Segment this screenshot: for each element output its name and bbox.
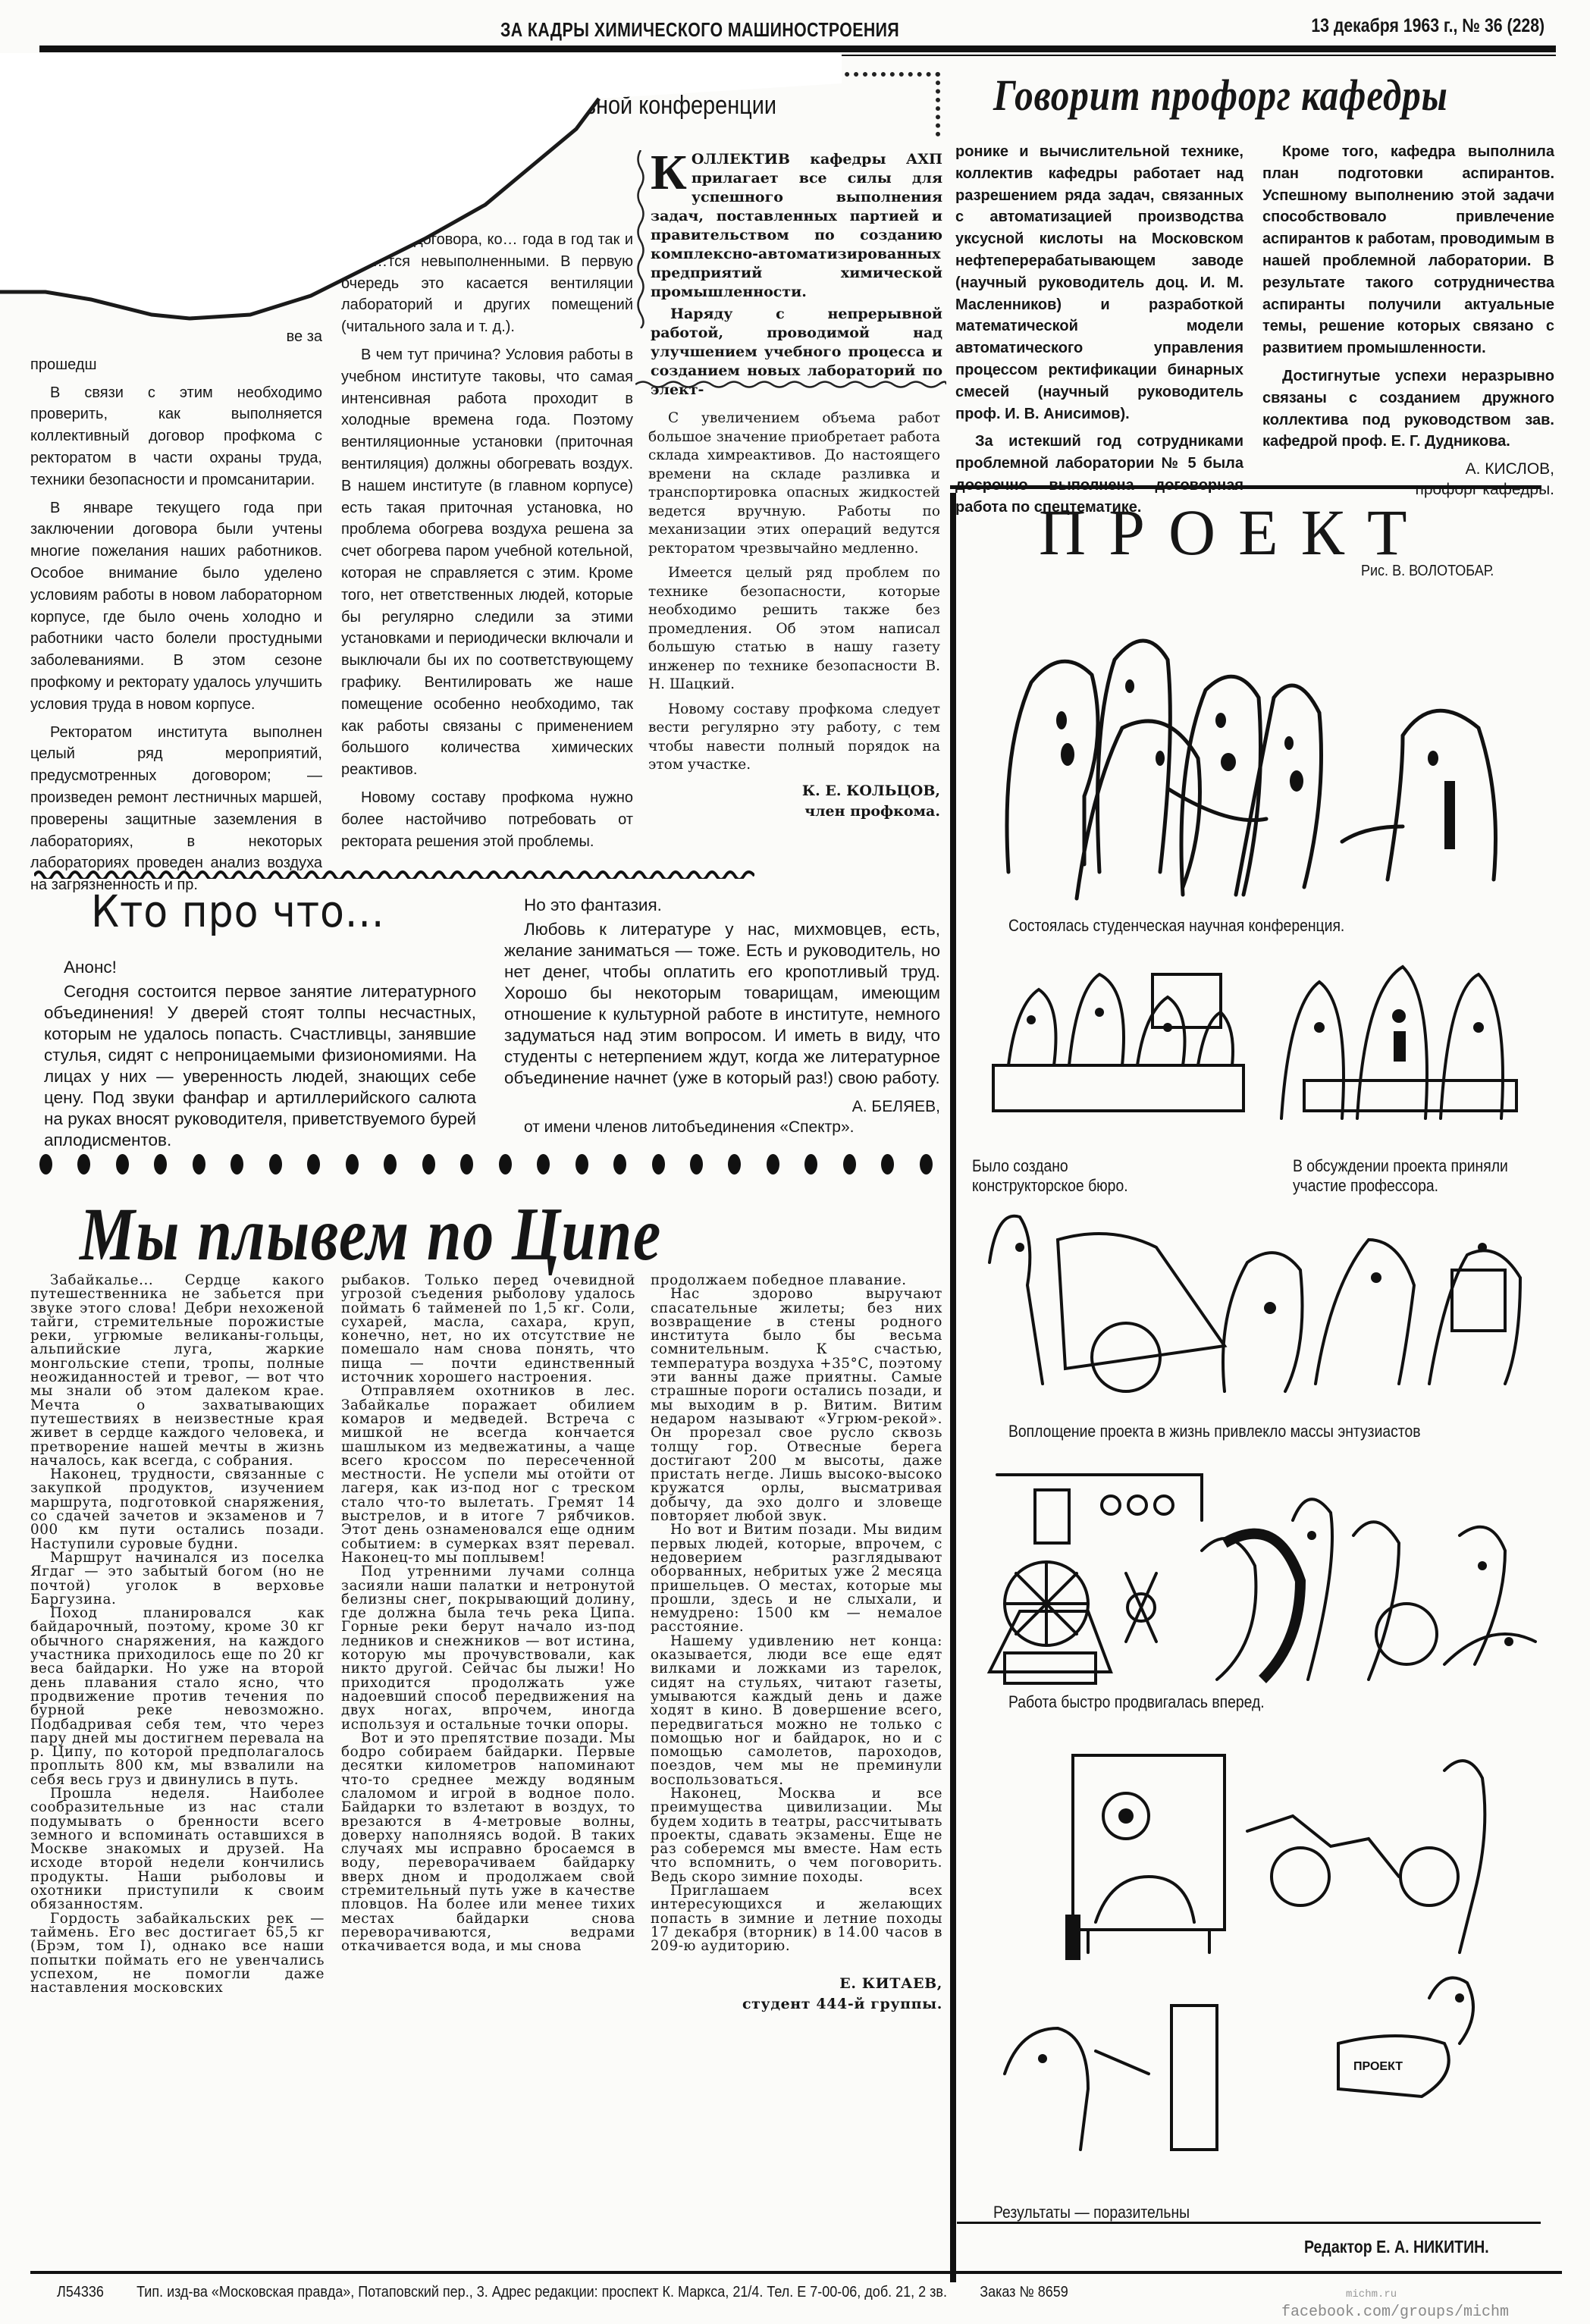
paragraph: Наконец, Москва и все преимущества цивил… [651, 1787, 942, 1884]
profkom-heading: Говорит профорг кафедры [993, 70, 1448, 121]
results-drawing-icon: ПРОЕКТ [974, 1725, 1539, 2172]
kto-column-right: Но это фантазия. Любовь к литературе у н… [504, 895, 940, 1137]
signature-role: член профкома. [648, 801, 940, 822]
profkom-column-1: ронике и вычислительной технике, коллект… [955, 141, 1243, 525]
paragraph: Нас здорово выручают спасательные жилеты… [651, 1287, 942, 1523]
caption-conference: Состоялась студенческая научная конферен… [1008, 916, 1344, 936]
paragraph: В январе текущего года при заключении до… [30, 497, 322, 716]
paragraph: С увеличением объема работ большое значе… [648, 409, 940, 558]
paragraph: Кроме того, кафедра выполнила план подго… [1262, 141, 1554, 359]
cartoon-panel-enthusiasts [974, 1194, 1539, 1414]
cartoon-panel-conference [978, 599, 1532, 906]
caption-work: Работа быстро продвигалась вперед. [1008, 1692, 1265, 1712]
section-rule [950, 485, 1541, 489]
editor-credit: Редактор Е. А. НИКИТИН. [1304, 2237, 1489, 2257]
masthead: ЗА КАДРЫ ХИМИЧЕСКОГО МАШИНОСТРОЕНИЯ 13 д… [30, 0, 1560, 59]
paragraph: Вот и это препятствие позади. Мы бодро с… [341, 1732, 635, 1954]
paragraph: В чем тут причина? Условия работы в учеб… [341, 344, 633, 781]
paragraph: Отправляем охотников в лес. Забайкалье п… [341, 1385, 635, 1565]
cipa-column-2: рыбаков. Только перед очевидной угрозой … [341, 1274, 635, 1954]
caption-results: Результаты — поразительны [993, 2203, 1190, 2222]
paragraph: Анонс! [44, 957, 476, 978]
signature-name: А. БЕЛЯЕВ, [504, 1096, 940, 1117]
signature-name: К. Е. КОЛЬЦОВ, [648, 781, 940, 801]
conference-column-left: ве за прошедш В связи с этим необходимо … [30, 326, 322, 902]
watermark-group: facebook.com/groups/michm [1281, 2304, 1509, 2321]
paragraph: Любовь к литературе у нас, михмовцев, ес… [504, 919, 940, 1089]
paragraph: Имеется целый ряд проблем по технике без… [648, 564, 940, 695]
signature-role: студент 444-й группы. [651, 1994, 942, 2015]
paragraph: Достигнутые успехи неразрывно связаны с … [1262, 365, 1554, 453]
footer: Л54336 Тип. изд-ва «Московская правда», … [57, 2284, 1394, 2301]
cipa-column-3: продолжаем победное плавание. Нас здоров… [651, 1274, 942, 2015]
paragraph: Новому составу профкома нужно более наст… [341, 787, 633, 852]
wavy-divider [635, 379, 946, 390]
signature-name: А. КИСЛОВ, [1262, 459, 1554, 479]
paragraph: Приглашаем всех интересующихся и желающи… [651, 1884, 942, 1953]
cartoon-title: ПРОЕКТ [1039, 494, 1430, 570]
kto-heading: Кто про что... [91, 886, 384, 937]
design-bureau-drawing-icon [978, 944, 1539, 1149]
paragraph: Но вот и Витим позади. Мы видим первых л… [651, 1523, 942, 1634]
footer-order: Заказ № 8659 [980, 2284, 1068, 2301]
paragraph: Нашему удивлению нет конца: оказывается,… [651, 1635, 942, 1787]
cartoon-panel-bureau [978, 944, 1539, 1149]
masthead-rule [39, 45, 1556, 52]
caption-bureau: Было создано конструкторское бюро. [972, 1156, 1165, 1196]
caption-enthusiasts: Воплощение проекта в жизнь привлекло мас… [1008, 1422, 1421, 1441]
kto-column-left: Анонс! Сегодня состоится первое занятие … [44, 957, 476, 1154]
cipa-column-1: Забайкалье... Сердце какого путешественн… [30, 1274, 325, 1995]
workshop-drawing-icon [974, 1452, 1539, 1691]
signature: Е. КИТАЕВ, студент 444-й группы. [651, 1974, 942, 2015]
conference-column-right: С увеличением объема работ большое значе… [648, 409, 940, 822]
paragraph: Маршрут начинался из поселка Ягдаг — это… [30, 1551, 325, 1607]
zigzag-divider [34, 868, 754, 879]
paragraph: Прошла неделя. Наиболее сообразительные … [30, 1787, 325, 1912]
dotted-divider [39, 1149, 933, 1179]
paragraph: Сегодня состоится первое занятие литерат… [44, 981, 476, 1151]
enthusiasts-drawing-icon [974, 1194, 1539, 1414]
newspaper-title: ЗА КАДРЫ ХИМИЧЕСКОГО МАШИНОСТРОЕНИЯ [500, 18, 899, 42]
signature-role: от имени членов литобъединения «Спектр». [524, 1117, 940, 1137]
signature: А. БЕЛЯЕВ, от имени членов литобъединени… [504, 1096, 940, 1137]
students-conference-drawing-icon [978, 599, 1532, 906]
signature: К. Е. КОЛЬЦОВ, член профкома. [648, 781, 940, 822]
paragraph: Но это фантазия. [504, 895, 940, 916]
cartoon-frame-rule [950, 493, 956, 2282]
caption-professors: В обсуждении проекта приняли участие про… [1293, 1156, 1513, 1196]
profkom-column-2: Кроме того, кафедра выполнила план подго… [1262, 141, 1554, 500]
paragraph: ронике и вычислительной технике, коллект… [955, 141, 1243, 425]
signature-name: Е. КИТАЕВ, [651, 1974, 942, 1994]
paragraph: Гордость забайкальских рек — таймень. Ег… [30, 1912, 325, 1996]
issue-date: 13 декабря 1963 г., № 36 (228) [1311, 15, 1545, 37]
dropcap: К [651, 152, 687, 194]
cartoon-credit: Рис. В. ВОЛОТОБАР. [1361, 563, 1494, 580]
project-stamp-label: ПРОЕКТ [1353, 2060, 1403, 2073]
lead-paragraph: ОЛЛЕКТИВ кафедры АХП прилагает все силы … [651, 151, 942, 300]
profkom-lead-box: КОЛЛЕКТИВ кафедры АХП прилагает все силы… [635, 150, 942, 328]
paragraph: Под утренними лучами солнца засияли наши… [341, 1565, 635, 1732]
watermark-site: michm.ru [1346, 2288, 1397, 2300]
footer-imprint: Тип. изд-ва «Московская правда», Потапов… [136, 2284, 947, 2301]
paragraph: Наконец, трудности, связанные с закупкой… [30, 1468, 325, 1551]
wavy-border-icon [635, 150, 646, 328]
cartoon-panel-results: ПРОЕКТ [974, 1725, 1539, 2172]
cipa-heading: Мы плывем по Ципе [80, 1190, 662, 1278]
editor-rule [957, 2222, 1541, 2224]
cartoon-panel-work [974, 1452, 1539, 1691]
paragraph: Новому составу профкома следует вести ре… [648, 701, 940, 775]
lead-text: КОЛЛЕКТИВ кафедры АХП прилагает все силы… [651, 150, 942, 400]
paragraph: Забайкалье... Сердце какого путешественн… [30, 1274, 325, 1468]
footer-code: Л54336 [57, 2284, 104, 2301]
footer-rule [30, 2271, 1562, 2274]
paragraph: рыбаков. Только перед очевидной угрозой … [341, 1274, 635, 1385]
paragraph: Поход планировался как байдарочный, поэт… [30, 1607, 325, 1787]
